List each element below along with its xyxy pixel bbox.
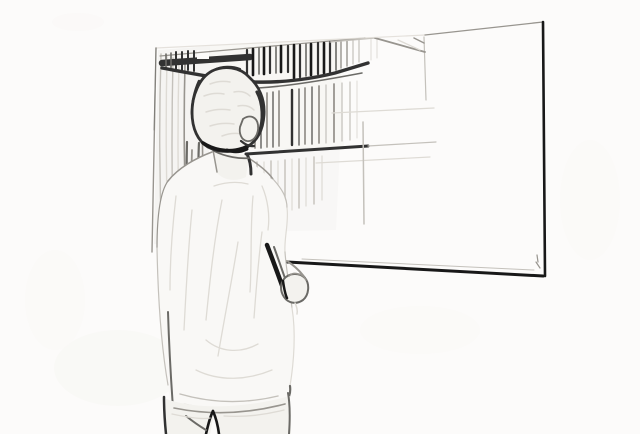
sketch-scene [0,0,640,434]
shirt-body [157,151,294,413]
head [192,67,264,152]
ear [240,117,258,142]
shirt-torso [157,151,294,413]
sketch-canvas [0,0,640,434]
